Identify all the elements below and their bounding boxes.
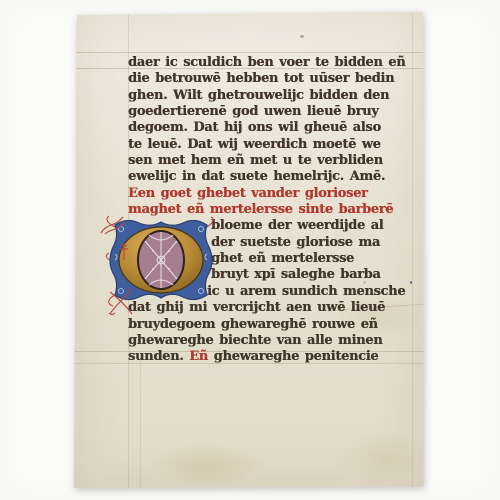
manuscript-leaf: daer ic sculdich ben voer te bidden eñdi…	[73, 11, 424, 489]
parchment-stain	[150, 443, 262, 489]
text-line: Een goet ghebet vander glorioser	[128, 186, 412, 202]
body-text: daer ic sculdich ben voer te bidden eñ	[128, 55, 405, 70]
text-line: sunden. Eñ ghewareghe penitencie	[128, 349, 412, 365]
body-text: sunden.	[128, 349, 189, 364]
body-text: ghet eñ mertelersse	[211, 251, 354, 266]
parchment-speck	[300, 35, 304, 38]
text-line: ghewareghe biechte van alle minen	[128, 333, 412, 349]
body-text: te leuē. Dat wij weerdich moetē we	[128, 137, 381, 152]
body-text: sen met hem eñ met u te verbliden	[128, 153, 383, 168]
body-text: ghewareghe penitencie	[208, 349, 378, 364]
red-penwork-flourish-upper	[99, 213, 125, 235]
text-block: daer ic sculdich ben voer te bidden eñdi…	[128, 55, 412, 366]
text-line: degoem. Dat hij ons wil gheuē also	[128, 120, 412, 136]
text-line: bruydegoem ghewareghē rouwe eñ	[128, 317, 412, 333]
body-text: degoem. Dat hij ons wil gheuē also	[128, 120, 381, 135]
body-text: die betrouwē hebben tot uūser bedin	[128, 71, 394, 86]
rubric-text: Eñ	[189, 349, 208, 364]
body-text: goedertierenē god uwen lieuē bruy	[128, 104, 379, 119]
body-text: bloeme der weerdijde al	[211, 218, 383, 233]
body-text: der suetste gloriose ma	[211, 235, 380, 250]
text-line: te leuē. Dat wij weerdich moetē we	[128, 137, 412, 153]
parchment-stain	[339, 429, 431, 487]
text-line: sen met hem eñ met u te verbliden	[128, 153, 412, 169]
text-line: goedertierenē god uwen lieuē bruy	[128, 104, 412, 120]
parchment-crease	[140, 356, 141, 489]
text-line: die betrouwē hebben tot uūser bedin	[128, 71, 412, 87]
red-penwork-cross	[118, 242, 130, 262]
rubric-text: Een goet ghebet vander glorioser	[128, 186, 368, 201]
ruling-line-vertical	[412, 11, 413, 489]
photo-background: daer ic sculdich ben voer te bidden eñdi…	[0, 0, 500, 500]
text-line: ewelijc in dat suete hemelrijc. Amē.	[128, 169, 412, 185]
body-text: bruyt xpī saleghe barba	[211, 267, 381, 282]
ruling-line	[73, 52, 424, 53]
body-text: ewelijc in dat suete hemelrijc. Amē.	[128, 169, 385, 184]
body-text: bruydegoem ghewareghē rouwe eñ	[128, 317, 378, 332]
body-text: ghewareghe biechte van alle minen	[128, 333, 382, 348]
text-line: daer ic sculdich ben voer te bidden eñ	[128, 55, 412, 71]
body-text: ghen. Wilt ghetrouwelijc bidden den	[128, 88, 389, 103]
text-line: ghen. Wilt ghetrouwelijc bidden den	[128, 88, 412, 104]
red-penwork-flourish-x	[108, 286, 134, 316]
